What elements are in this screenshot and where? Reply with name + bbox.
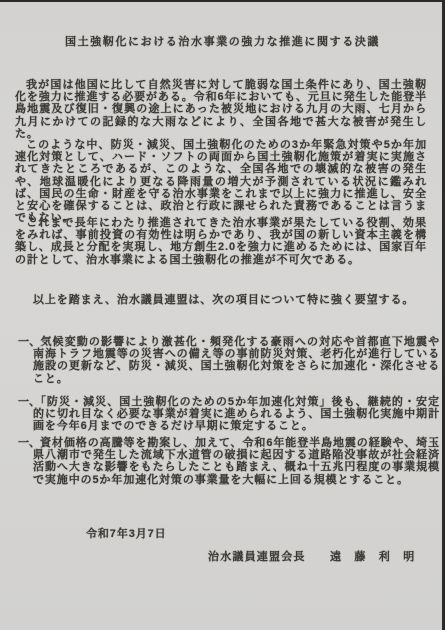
document-date: 令和7年3月7日 <box>86 528 167 540</box>
item-2-text: 「防災・減災、国土強靭化のための5か年加速化対策」後も、継続的・安定的に切れ目な… <box>33 396 440 432</box>
item-2-marker: 一、 <box>18 396 40 408</box>
request-item-1: 一、気候変動の影響により激甚化・頻発化する豪雨への対応や首都直下地震や南海トラフ… <box>18 336 440 385</box>
paragraph-2: このような中、防災・減災、国土強靭化のための3か年緊急対策や5か年加速化対策とし… <box>15 139 427 224</box>
signature-line: 治水議員連盟会長 遠 藤 利 明 <box>208 551 415 563</box>
item-3-marker: 一、 <box>18 437 40 449</box>
scan-edge-top <box>0 0 445 2</box>
scanned-document-page: 国土強靭化における治水事業の強力な推進に関する決議 我が国は他国に比して自然災害… <box>0 0 445 630</box>
item-3-text: 資材価格の高騰等を勘案し、加えて、令和6年能登半島地震の経験や、埼玉県八潮市で発… <box>33 437 440 486</box>
item-1-text: 気候変動の影響により激甚化・頻発化する豪雨への対応や首都直下地震や南海トラフ地震… <box>33 336 440 385</box>
item-1-marker: 一、 <box>18 336 40 348</box>
request-item-3: 一、資材価格の高騰等を勘案し、加えて、令和6年能登半島地震の経験や、埼玉県八潮市… <box>18 437 440 486</box>
preamble-statement: 以上を踏まえ、治水議員連盟は、次の項目について特に強く要望する。 <box>15 294 435 306</box>
document-title: 国土強靭化における治水事業の強力な推進に関する決議 <box>0 36 445 48</box>
paragraph-1: 我が国は他国に比して自然災害に対して脆弱な国土条件にあり、国土強靭化を強力に推進… <box>15 79 427 140</box>
paragraph-3: これまで長年にわたり推進されてきた治水事業が果たしている役割、効果をみれば、事前… <box>15 217 427 266</box>
request-item-2: 一、「防災・減災、国土強靭化のための5か年加速化対策」後も、継続的・安定的に切れ… <box>18 396 440 433</box>
